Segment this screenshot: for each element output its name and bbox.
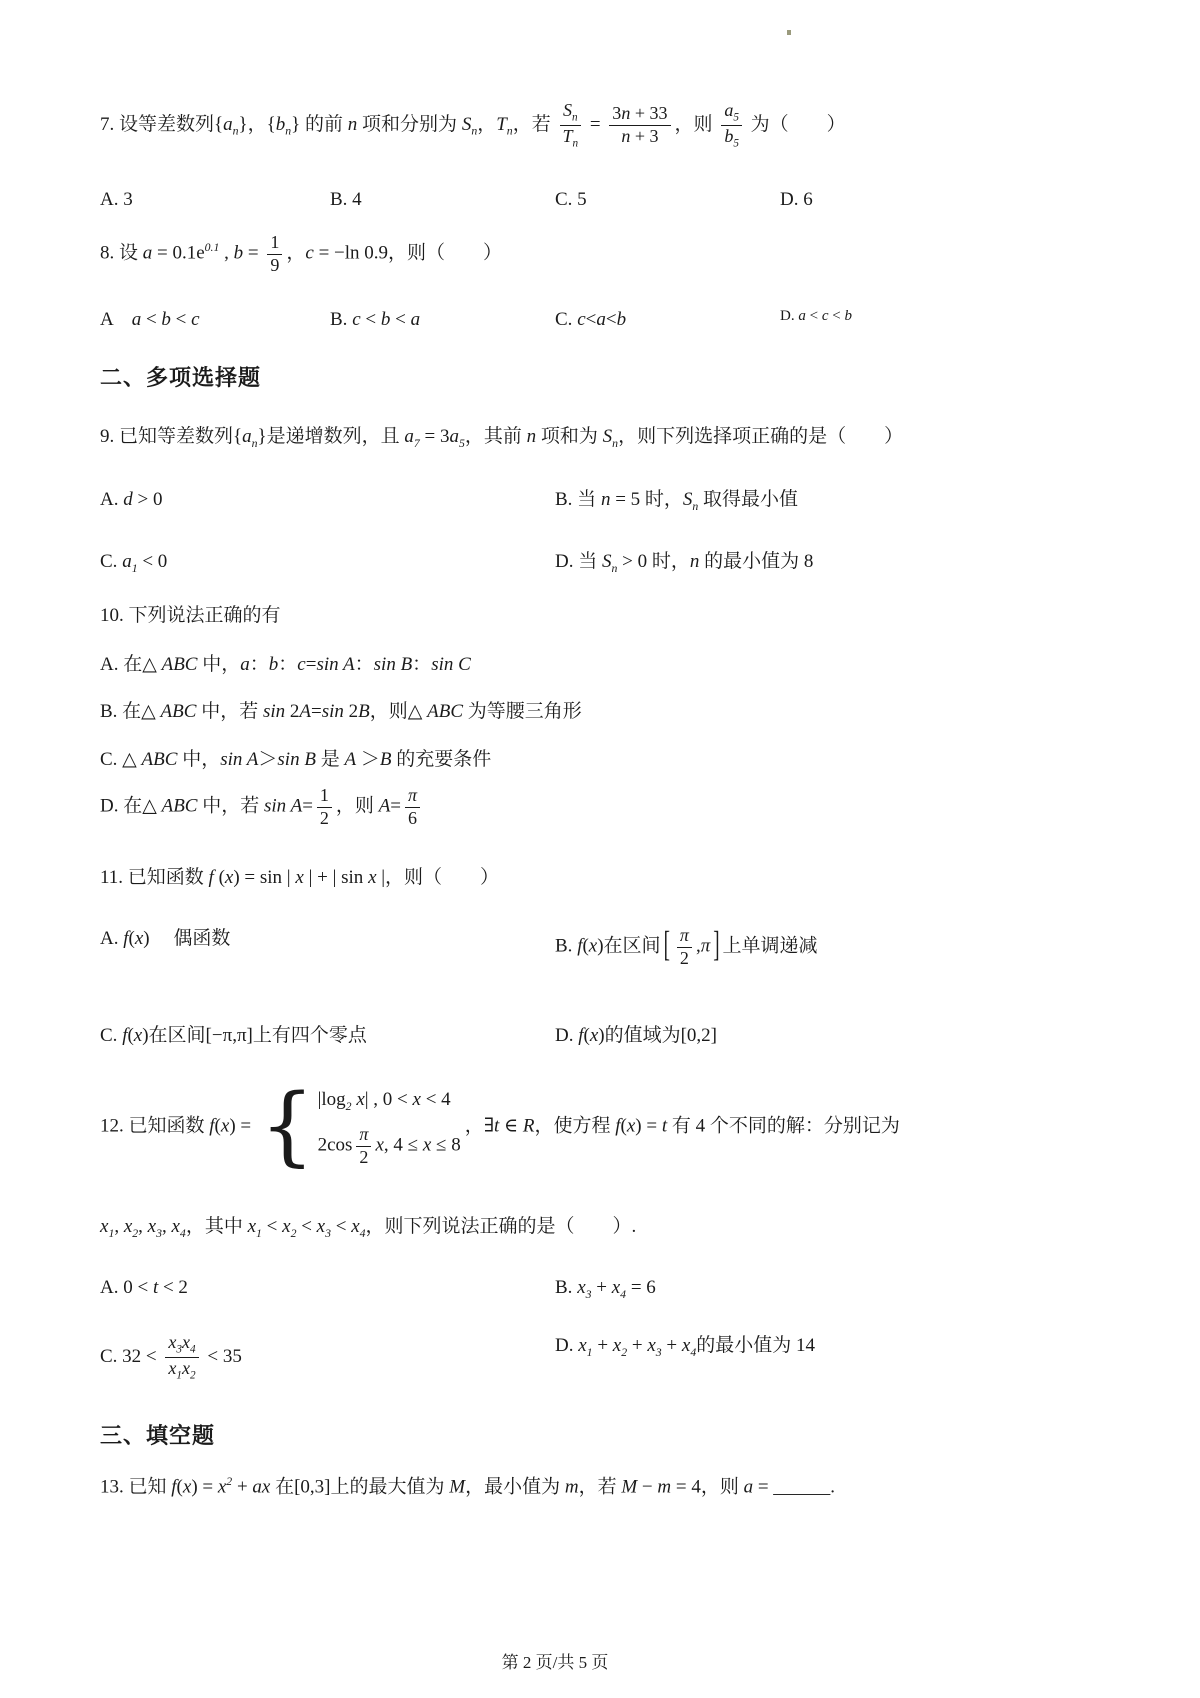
math-segment: a	[404, 426, 414, 447]
math-segment: = ______.	[753, 1476, 835, 1497]
math-segment: ，其前	[465, 426, 527, 447]
math-segment: +	[592, 1277, 612, 1298]
math-segment: 上单调递减	[723, 936, 818, 957]
math-segment: B.	[555, 936, 577, 957]
question-10-stem: 10. 下列说法正确的有	[100, 602, 1145, 630]
math-segment: ：	[250, 654, 269, 675]
math-segment: ，	[286, 243, 305, 264]
question-12-option-c: C. 32 < x3x4x1x2 < 35	[100, 1332, 555, 1383]
math-segment: sin A	[220, 749, 258, 770]
question-11-option-c: C. f(x)在区间[−π,π]上有四个零点	[100, 1022, 555, 1050]
math-segment: ，若	[579, 1476, 622, 1497]
question-8-stem: 8. 设 a = 0.1e0.1 , b = 19，c = −ln 0.9，则（…	[100, 232, 1145, 276]
math-segment: n	[690, 551, 700, 572]
math-segment: n	[572, 138, 578, 150]
question-12-option-d: D. x1 + x2 + x3 + x4的最小值为 14	[555, 1332, 1145, 1383]
math-segment: <	[606, 309, 617, 330]
math-segment: sin B	[374, 654, 413, 675]
math-segment: )的值域为[0,2]	[598, 1025, 717, 1046]
math-segment: c	[191, 309, 199, 330]
question-12-options-row1: A. 0 < t < 2 B. x3 + x4 = 6	[100, 1274, 1145, 1303]
math-segment: C. △	[100, 749, 142, 770]
math-segment: ，若	[513, 114, 556, 135]
math-segment: ：	[278, 654, 297, 675]
math-segment: =	[302, 796, 313, 817]
math-segment: <	[141, 309, 161, 330]
math-segment: c	[305, 243, 313, 264]
math-segment: C.	[555, 309, 577, 330]
math-segment: S	[462, 114, 472, 135]
math-segment: A.	[100, 489, 123, 510]
question-11-stem: 11. 已知函数 f (x) = sin | x | + | sin x |，则…	[100, 864, 1145, 892]
math-segment: 7. 设等差数列	[100, 114, 214, 135]
math-segment: B.	[330, 309, 352, 330]
math-segment: π	[701, 936, 711, 957]
math-segment: 5	[733, 138, 739, 150]
math-segment: }是递增数列，且	[258, 426, 405, 447]
math-segment: ax	[252, 1476, 270, 1497]
math-segment: <	[361, 309, 381, 330]
math-segment: 11. 已知函数	[100, 867, 209, 888]
math-segment: x	[148, 1216, 156, 1237]
math-segment: 6	[408, 808, 417, 828]
math-segment: b	[617, 309, 627, 330]
math-segment: =	[585, 114, 605, 135]
math-segment: π2	[356, 1124, 371, 1168]
math-segment: sin B	[277, 749, 316, 770]
math-segment: ，则下列说法正确的是（ ）.	[366, 1216, 637, 1237]
math-segment: 是	[316, 749, 345, 770]
question-10-option-a: A. 在△ ABC 中，a：b：c=sin A：sin B：sin C	[100, 651, 1145, 679]
math-segment: ∈	[499, 1115, 523, 1136]
math-segment: 项和为	[536, 426, 603, 447]
math-segment: b	[381, 309, 391, 330]
math-segment: c	[352, 309, 360, 330]
math-segment: {	[214, 114, 223, 135]
math-segment: n	[601, 489, 611, 510]
question-9-options-row2: C. a1 < 0 D. 当 Sn > 0 时，n 的最小值为 8	[100, 548, 1145, 577]
math-segment: ,	[138, 1216, 148, 1237]
math-segment: b	[161, 309, 171, 330]
math-segment: 9	[270, 255, 279, 275]
math-segment: B. 当	[555, 489, 601, 510]
math-segment: = 4，则	[671, 1476, 743, 1497]
math-segment: D.	[555, 1335, 578, 1356]
question-11-option-d: D. f(x)的值域为[0,2]	[555, 1022, 1145, 1050]
question-9-option-b: B. 当 n = 5 时，Sn 取得最小值	[555, 486, 1145, 515]
math-segment: = −ln 0.9，则（ ）	[314, 243, 502, 264]
math-segment: 2	[285, 701, 299, 722]
math-segment: < 35	[203, 1346, 242, 1367]
math-segment: ：	[355, 654, 374, 675]
math-segment: [	[664, 919, 670, 971]
math-segment: x3x4x1x2	[165, 1332, 198, 1383]
math-segment: x	[647, 1335, 655, 1356]
math-segment: 2cos	[318, 1134, 353, 1155]
math-segment: c	[577, 309, 585, 330]
math-segment: A	[379, 796, 391, 817]
math-segment: <	[331, 1216, 351, 1237]
page-number-footer: 第 2 页/共 5 页	[0, 1648, 1110, 1673]
math-segment: c	[297, 654, 305, 675]
math-segment: }，{	[239, 114, 276, 135]
math-segment: x	[423, 1134, 431, 1155]
math-segment: |，则（ ）	[377, 867, 500, 888]
math-segment: b	[234, 243, 244, 264]
math-segment: =	[306, 654, 317, 675]
math-segment: 为等腰三角形	[463, 701, 582, 722]
math-segment: |log	[318, 1089, 346, 1110]
math-segment: 12. 已知函数	[100, 1115, 209, 1136]
math-segment: n	[621, 126, 630, 146]
question-7-option-d: D. 6	[780, 186, 1145, 214]
math-segment: a	[223, 114, 233, 135]
math-segment: <	[806, 308, 822, 324]
math-segment: 12	[317, 785, 332, 829]
math-segment: ) 偶函数	[143, 928, 230, 949]
question-10-option-c: C. △ ABC 中，sin A＞sin B 是 A ＞B 的充要条件	[100, 746, 1145, 774]
math-segment: 1	[320, 785, 329, 805]
math-segment: 中，若	[197, 796, 264, 817]
math-segment: ABC	[162, 796, 198, 817]
math-segment: C.	[100, 551, 122, 572]
math-segment: a	[798, 308, 806, 324]
math-segment: D. 6	[780, 189, 813, 210]
math-segment: b	[844, 308, 852, 324]
math-segment: π	[408, 785, 417, 805]
math-segment: R	[523, 1115, 535, 1136]
math-segment: ，	[477, 114, 496, 135]
math-segment: = 5 时，	[610, 489, 682, 510]
math-segment: ) =	[229, 1115, 256, 1136]
math-segment: 0.1	[205, 241, 220, 254]
math-segment: ) = sin |	[233, 867, 295, 888]
math-segment: M	[621, 1476, 637, 1497]
math-segment: <	[390, 309, 410, 330]
math-segment: A	[299, 701, 311, 722]
math-segment: ) =	[191, 1476, 218, 1497]
question-11-option-a: A. f(x) 偶函数	[100, 925, 555, 969]
math-segment: b	[269, 654, 279, 675]
math-segment: sin	[322, 701, 344, 722]
math-segment: B. 在△	[100, 701, 161, 722]
question-9-stem: 9. 已知等差数列{an}是递增数列，且 a7 = 3a5，其前 n 项和为 S…	[100, 423, 1145, 452]
math-segment: n	[527, 426, 537, 447]
math-segment: 取得最小值	[698, 489, 798, 510]
math-segment: C. 5	[555, 189, 587, 210]
math-segment: D.	[555, 1025, 578, 1046]
math-segment: )在区间	[597, 936, 660, 957]
math-segment: ＞	[258, 749, 277, 770]
question-7-option-c: C. 5	[555, 186, 780, 214]
math-segment: ≤ 8	[431, 1134, 460, 1155]
math-segment: = 6	[626, 1277, 656, 1298]
math-segment: 在[0,3]上的最大值为	[270, 1476, 449, 1497]
math-segment: <	[296, 1216, 316, 1237]
question-10-option-b: B. 在△ ABC 中，若 sin 2A=sin 2B，则△ ABC 为等腰三角…	[100, 698, 1145, 726]
math-segment: ,	[219, 243, 233, 264]
math-segment: | + | sin	[304, 867, 368, 888]
math-segment: x	[171, 1216, 179, 1237]
math-segment: 项和分别为	[357, 114, 462, 135]
math-segment: a	[411, 309, 421, 330]
math-segment: 的最小值为 8	[699, 551, 813, 572]
math-segment: 中，	[177, 749, 220, 770]
math-segment: +	[627, 1335, 647, 1356]
math-segment: a	[242, 426, 252, 447]
section-multi-choice-title: 二、多项选择题	[100, 362, 1145, 394]
question-12-stem-line1: 12. 已知函数 f(x) = {|log2 x| , 0 < x < 42co…	[100, 1086, 1145, 1168]
math-segment: d	[123, 489, 133, 510]
math-segment: a	[450, 426, 460, 447]
math-segment: M	[449, 1476, 465, 1497]
math-segment: a	[122, 551, 132, 572]
math-segment: + 3	[630, 126, 658, 146]
math-segment: x	[613, 1335, 621, 1356]
question-8-option-c: C. c<a<b	[555, 306, 780, 334]
math-segment: B	[358, 701, 370, 722]
math-segment: ，其中	[186, 1216, 248, 1237]
math-segment: m	[565, 1476, 579, 1497]
math-segment: A	[100, 309, 132, 330]
math-segment: SnTn	[559, 100, 581, 151]
question-12-option-b: B. x3 + x4 = 6	[555, 1274, 1145, 1303]
math-segment: (	[214, 867, 225, 888]
section-fill-blank-title: 三、填空题	[100, 1420, 1145, 1452]
question-7-options: A. 3 B. 4 C. 5 D. 6	[100, 186, 1145, 214]
math-segment: A. 3	[100, 189, 133, 210]
math-segment: A.	[100, 928, 123, 949]
math-segment: } 的前	[291, 114, 348, 135]
math-segment: b	[276, 114, 286, 135]
math-segment: A	[344, 749, 356, 770]
math-segment: )在区间[−π,π]上有四个零点	[142, 1025, 367, 1046]
math-segment: π	[359, 1124, 368, 1144]
question-7-stem: 7. 设等差数列{an}，{bn} 的前 n 项和分别为 Sn，Tn，若 SnT…	[100, 100, 1145, 151]
math-segment: 的充要条件	[391, 749, 491, 770]
math-segment: | , 0 <	[365, 1089, 413, 1110]
question-7-option-b: B. 4	[330, 186, 555, 214]
math-segment: x	[578, 1335, 586, 1356]
question-8-options: A a < b < c B. c < b < a C. c<a<b D. a <…	[100, 306, 1145, 334]
math-segment: π6	[405, 785, 420, 829]
math-segment: ，则下列选择项正确的是（ ）	[618, 426, 903, 447]
math-segment: x	[589, 936, 597, 957]
math-segment: −	[637, 1476, 657, 1497]
math-segment: +	[593, 1335, 613, 1356]
math-segment: x	[317, 1216, 325, 1237]
question-7-option-a: A. 3	[100, 186, 330, 214]
math-segment: 3	[612, 103, 621, 123]
math-segment: > 0	[133, 489, 163, 510]
math-segment: = 0.1e	[152, 243, 204, 264]
scan-artifact-dot	[787, 30, 791, 35]
math-segment: 19	[267, 232, 282, 276]
math-segment: D. 在△	[100, 796, 162, 817]
math-segment: 5	[733, 112, 739, 124]
math-segment: n	[348, 114, 358, 135]
math-segment: 10. 下列说法正确的有	[100, 605, 281, 626]
question-13-stem: 13. 已知 f(x) = x2 + ax 在[0,3]上的最大值为 M，最小值…	[100, 1473, 1145, 1501]
math-segment: 有 4 个不同的解：分别记为	[667, 1115, 900, 1136]
math-segment: ，则△	[370, 701, 427, 722]
math-segment: x	[282, 1216, 290, 1237]
math-segment: sin C	[431, 654, 471, 675]
math-segment: T	[562, 126, 572, 146]
math-segment: ) =	[635, 1115, 662, 1136]
math-segment: a5b5	[721, 100, 742, 151]
math-segment: ABC	[161, 701, 197, 722]
math-segment: , 4 ≤	[384, 1134, 423, 1155]
question-8-option-b: B. c < b < a	[330, 306, 555, 334]
exam-page: 7. 设等差数列{an}，{bn} 的前 n 项和分别为 Sn，Tn，若 SnT…	[0, 0, 1200, 1698]
math-segment: < 4	[421, 1089, 451, 1110]
math-segment: ABC	[162, 654, 198, 675]
math-segment: sin	[263, 701, 285, 722]
math-segment: a	[132, 309, 142, 330]
math-segment: T	[496, 114, 507, 135]
math-segment: 8. 设	[100, 243, 143, 264]
math-segment: {|log2 x| , 0 < x < 42cosπ2x, 4 ≤ x ≤ 8	[260, 1086, 461, 1168]
math-segment: < 0	[138, 551, 168, 572]
question-9-option-d: D. 当 Sn > 0 时，n 的最小值为 8	[555, 548, 1145, 577]
math-segment: 为（ ）	[746, 114, 846, 135]
math-segment: S	[603, 426, 613, 447]
math-segment: ，使方程	[534, 1115, 615, 1136]
question-8-option-a: A a < b < c	[100, 306, 330, 334]
math-segment: x	[368, 867, 376, 888]
math-segment: A. 在△	[100, 654, 162, 675]
math-segment: x	[375, 1134, 383, 1155]
question-11-option-b: B. f(x)在区间[π2,π]上单调递减	[555, 925, 1145, 969]
math-segment: x	[124, 1216, 132, 1237]
math-segment: =	[390, 796, 401, 817]
math-segment: π	[680, 925, 689, 945]
math-segment: 3n + 33n + 3	[609, 103, 670, 147]
math-segment: C. 32 <	[100, 1346, 161, 1367]
math-segment: <	[262, 1216, 282, 1237]
math-segment: a	[744, 1476, 754, 1497]
math-segment: = 3	[420, 426, 450, 447]
math-segment: x	[182, 1332, 190, 1352]
question-9-options-row1: A. d > 0 B. 当 n = 5 时，Sn 取得最小值	[100, 486, 1145, 515]
question-8-option-d: D. a < c < b	[780, 306, 1145, 334]
math-segment: n	[621, 103, 630, 123]
math-segment: ，则	[336, 796, 379, 817]
math-segment: 2	[320, 808, 329, 828]
math-segment: 中，	[197, 654, 240, 675]
math-segment: ，∃	[465, 1115, 494, 1136]
math-segment: a	[143, 243, 153, 264]
math-segment: ABC	[142, 749, 178, 770]
math-segment: 4	[190, 1344, 196, 1356]
question-12-stem-line2: x1, x2, x3, x4，其中 x1 < x2 < x3 < x4，则下列说…	[100, 1213, 1145, 1242]
math-segment: D.	[780, 308, 798, 324]
question-9-option-a: A. d > 0	[100, 486, 555, 515]
math-segment: 2	[359, 1147, 368, 1167]
math-segment: C.	[100, 1025, 122, 1046]
math-segment: sin A	[264, 796, 302, 817]
question-9-option-c: C. a1 < 0	[100, 548, 555, 577]
math-segment: sin A	[316, 654, 354, 675]
math-segment: B	[380, 749, 392, 770]
question-11-options-row2: C. f(x)在区间[−π,π]上有四个零点 D. f(x)的值域为[0,2]	[100, 1022, 1145, 1050]
math-segment: 2	[344, 701, 358, 722]
math-segment: +	[662, 1335, 682, 1356]
math-segment: x	[577, 1277, 585, 1298]
math-segment: 1	[270, 232, 279, 252]
math-segment: π2	[677, 925, 692, 969]
math-segment: < 2	[158, 1277, 188, 1298]
math-segment: a	[596, 309, 606, 330]
math-segment: + 33	[630, 103, 667, 123]
math-segment: <	[171, 309, 191, 330]
math-segment: 2	[190, 1370, 196, 1382]
math-segment: ，最小值为	[465, 1476, 565, 1497]
question-10-option-d: D. 在△ ABC 中，若 sin A=12，则 A=π6	[100, 785, 1145, 829]
question-11-options-row1: A. f(x) 偶函数 B. f(x)在区间[π2,π]上单调递减	[100, 925, 1145, 969]
math-segment: <	[586, 309, 597, 330]
math-segment: 的最小值为 14	[696, 1335, 815, 1356]
math-segment: x	[612, 1277, 620, 1298]
math-segment: x	[351, 1216, 359, 1237]
math-segment: x	[295, 867, 303, 888]
piecewise-brace: {	[260, 1086, 315, 1168]
math-segment: D. 当	[555, 551, 602, 572]
math-segment: > 0 时，	[617, 551, 689, 572]
math-segment: 2	[680, 948, 689, 968]
math-segment: x	[248, 1216, 256, 1237]
math-segment: ＞	[356, 749, 380, 770]
math-segment: 2	[346, 1100, 352, 1113]
math-segment: 13. 已知	[100, 1476, 171, 1497]
math-segment: ,	[114, 1216, 124, 1237]
question-12-option-a: A. 0 < t < 2	[100, 1274, 555, 1303]
math-segment: A. 0 <	[100, 1277, 153, 1298]
math-segment: S	[563, 100, 572, 120]
math-segment: =	[243, 243, 263, 264]
math-segment: x	[134, 1025, 142, 1046]
math-segment: B.	[555, 1277, 577, 1298]
math-segment: =	[311, 701, 322, 722]
math-segment: x	[182, 1358, 190, 1378]
question-12-options-row2: C. 32 < x3x4x1x2 < 35 D. x1 + x2 + x3 + …	[100, 1332, 1145, 1383]
math-segment: +	[232, 1476, 252, 1497]
math-segment: m	[657, 1476, 671, 1497]
math-segment: a	[724, 100, 733, 120]
math-segment: x	[413, 1089, 421, 1110]
math-segment: S	[683, 489, 693, 510]
math-segment: n	[572, 112, 578, 124]
math-segment: a	[240, 654, 250, 675]
math-segment: ABC	[427, 701, 463, 722]
math-segment: b	[724, 126, 733, 146]
math-segment: 中，若	[196, 701, 263, 722]
math-segment: B. 4	[330, 189, 362, 210]
math-segment: x	[356, 1089, 364, 1110]
math-segment: ]	[713, 919, 719, 971]
math-segment: ：	[412, 654, 431, 675]
math-segment: ，则	[675, 114, 718, 135]
math-segment: 9. 已知等差数列{	[100, 426, 242, 447]
math-segment: <	[828, 308, 844, 324]
